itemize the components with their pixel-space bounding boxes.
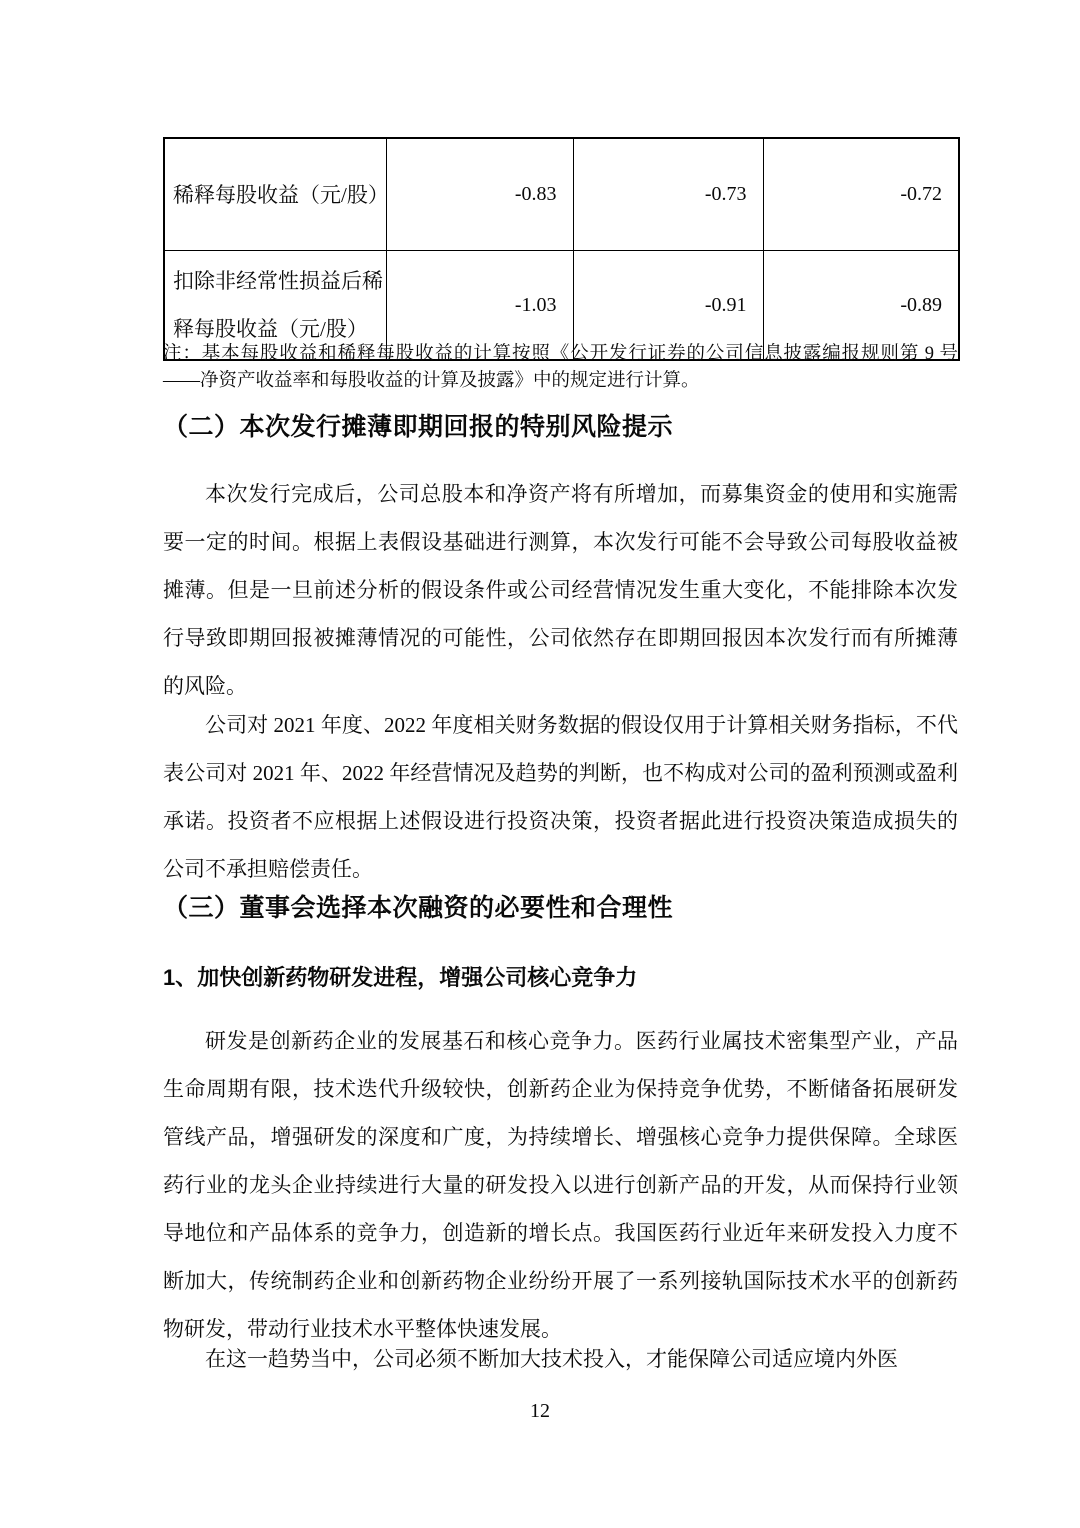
table-cell-value: -0.72 [763, 138, 959, 251]
eps-table: 稀释每股收益（元/股） -0.83 -0.73 -0.72 扣除非经常性损益后稀… [163, 137, 960, 361]
table-row: 稀释每股收益（元/股） -0.83 -0.73 -0.72 [164, 138, 959, 251]
paragraph: 在这一趋势当中，公司必须不断加大技术投入，才能保障公司适应境内外医 [163, 1335, 958, 1383]
paragraph: 研发是创新药企业的发展基石和核心竞争力。医药行业属技术密集型产业，产品生命周期有… [163, 1017, 958, 1353]
document-page: 稀释每股收益（元/股） -0.83 -0.73 -0.72 扣除非经常性损益后稀… [0, 0, 1080, 1528]
page-number: 12 [0, 1400, 1080, 1423]
table-cell-value: -0.73 [573, 138, 763, 251]
section-heading-financing-necessity: （三）董事会选择本次融资的必要性和合理性 [163, 891, 963, 925]
table-row-label: 稀释每股收益（元/股） [164, 138, 386, 251]
section-heading-dilution-risk: （二）本次发行摊薄即期回报的特别风险提示 [163, 410, 963, 444]
table-cell-value: -0.83 [386, 138, 573, 251]
paragraph: 公司对 2021 年度、2022 年度相关财务数据的假设仅用于计算相关财务指标，… [163, 701, 958, 893]
paragraph: 本次发行完成后，公司总股本和净资产将有所增加，而募集资金的使用和实施需要一定的时… [163, 470, 958, 710]
table-footnote: 注：基本每股收益和稀释每股收益的计算按照《公开发行证券的公司信息披露编报规则第 … [163, 341, 958, 395]
subsection-heading-rd-acceleration: 1、加快创新药物研发进程，增强公司核心竞争力 [163, 963, 963, 993]
